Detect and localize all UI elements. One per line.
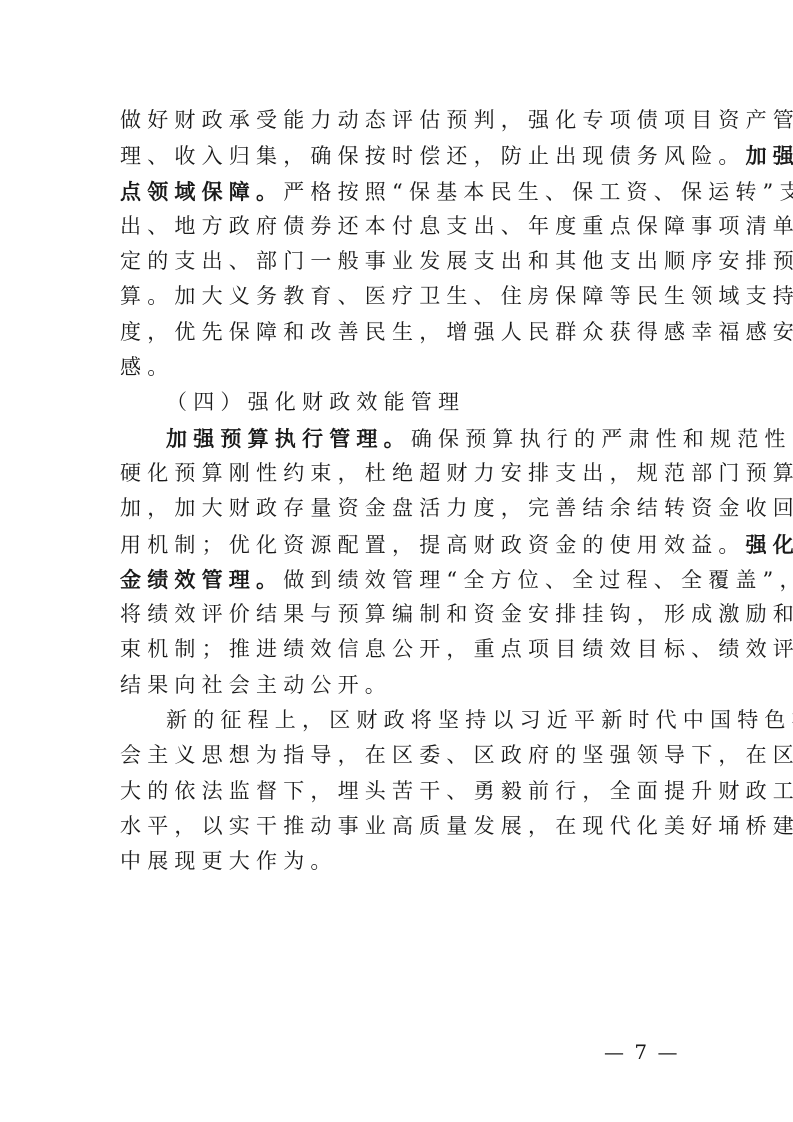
text-run: 将绩效评价结果与预算编制和资金安排挂钩，形成激励和约 <box>120 602 793 626</box>
text-run: 定的支出、部门一般事业发展支出和其他支出顺序安排预 <box>120 249 793 273</box>
text-line: 点领域保障。严格按照“保基本民生、保工资、保运转”支 <box>120 174 680 209</box>
text-line: 束机制；推进绩效信息公开，重点项目绩效目标、绩效评价 <box>120 632 680 667</box>
text-run: 新的征程上，区财政将坚持以习近平新时代中国特色社 <box>166 708 793 732</box>
text-run: 加，加大财政存量资金盘活力度，完善结余结转资金收回使 <box>120 496 793 520</box>
text-run: 做到绩效管理“全方位、全过程、全覆盖”， <box>283 568 793 592</box>
text-run: 感。 <box>120 355 174 379</box>
text-run: 中展现更大作为。 <box>120 849 338 873</box>
text-run: 用机制；优化资源配置，提高财政资金的使用效益。 <box>120 533 746 557</box>
bold-text-run: 加强预算执行管理。 <box>166 426 411 451</box>
text-run: 结果向社会主动公开。 <box>120 673 392 697</box>
text-line: 加，加大财政存量资金盘活力度，完善结余结转资金收回使 <box>120 491 680 526</box>
text-line: 度，优先保障和改善民生，增强人民群众获得感幸福感安全 <box>120 315 680 350</box>
text-run: 做好财政承受能力动态评估预判，强化专项债项目资产管 <box>120 108 793 132</box>
text-run: 度，优先保障和改善民生，增强人民群众获得感幸福感安全 <box>120 320 793 344</box>
text-run: 大的依法监督下，埋头苦干、勇毅前行，全面提升财政工作 <box>120 779 793 803</box>
text-run: 确保预算执行的严肃性和规范性， <box>411 427 793 451</box>
text-run: 严格按照“保基本民生、保工资、保运转”支 <box>283 180 793 204</box>
text-line: 中展现更大作为。 <box>120 844 680 879</box>
heading-text: （四）强化财政效能管理 <box>166 390 465 414</box>
text-run: 算。加大义务教育、医疗卫生、住房保障等民生领域支持力 <box>120 284 793 308</box>
text-line: 用机制；优化资源配置，提高财政资金的使用效益。强化资 <box>120 527 680 562</box>
text-line: 新的征程上，区财政将坚持以习近平新时代中国特色社 <box>120 703 680 738</box>
text-run: 水平，以实干推动事业高质量发展，在现代化美好埇桥建设 <box>120 814 793 838</box>
section-heading: （四）强化财政效能管理 <box>120 385 680 420</box>
text-line: 硬化预算刚性约束，杜绝超财力安排支出，规范部门预算追 <box>120 456 680 491</box>
text-line: 出、地方政府债券还本付息支出、年度重点保障事项清单确 <box>120 209 680 244</box>
body-text: 做好财政承受能力动态评估预判，强化专项债项目资产管 理、收入归集，确保按时偿还，… <box>120 103 680 880</box>
text-run: 理、收入归集，确保按时偿还，防止出现债务风险。 <box>120 144 746 168</box>
document-page: 做好财政承受能力动态评估预判，强化专项债项目资产管 理、收入归集，确保按时偿还，… <box>0 0 793 1122</box>
text-line: 定的支出、部门一般事业发展支出和其他支出顺序安排预 <box>120 244 680 279</box>
bold-text-run: 加强重 <box>746 143 793 168</box>
text-line: 加强预算执行管理。确保预算执行的严肃性和规范性， <box>120 421 680 456</box>
text-line: 做好财政承受能力动态评估预判，强化专项债项目资产管 <box>120 103 680 138</box>
bold-text-run: 强化资 <box>746 532 793 557</box>
page-number: — 7 — <box>604 1040 679 1064</box>
text-line: 感。 <box>120 350 680 385</box>
bold-text-run: 点领域保障。 <box>120 179 283 204</box>
text-line: 理、收入归集，确保按时偿还，防止出现债务风险。加强重 <box>120 138 680 173</box>
text-run: 会主义思想为指导，在区委、区政府的坚强领导下，在区人 <box>120 743 793 767</box>
text-line: 水平，以实干推动事业高质量发展，在现代化美好埇桥建设 <box>120 809 680 844</box>
text-line: 算。加大义务教育、医疗卫生、住房保障等民生领域支持力 <box>120 279 680 314</box>
text-run: 出、地方政府债券还本付息支出、年度重点保障事项清单确 <box>120 214 793 238</box>
text-run: 硬化预算刚性约束，杜绝超财力安排支出，规范部门预算追 <box>120 461 793 485</box>
text-run: 束机制；推进绩效信息公开，重点项目绩效目标、绩效评价 <box>120 637 793 661</box>
text-line: 大的依法监督下，埋头苦干、勇毅前行，全面提升财政工作 <box>120 774 680 809</box>
text-line: 会主义思想为指导，在区委、区政府的坚强领导下，在区人 <box>120 738 680 773</box>
text-line: 结果向社会主动公开。 <box>120 668 680 703</box>
text-line: 金绩效管理。做到绩效管理“全方位、全过程、全覆盖”， <box>120 562 680 597</box>
bold-text-run: 金绩效管理。 <box>120 567 283 592</box>
text-line: 将绩效评价结果与预算编制和资金安排挂钩，形成激励和约 <box>120 597 680 632</box>
